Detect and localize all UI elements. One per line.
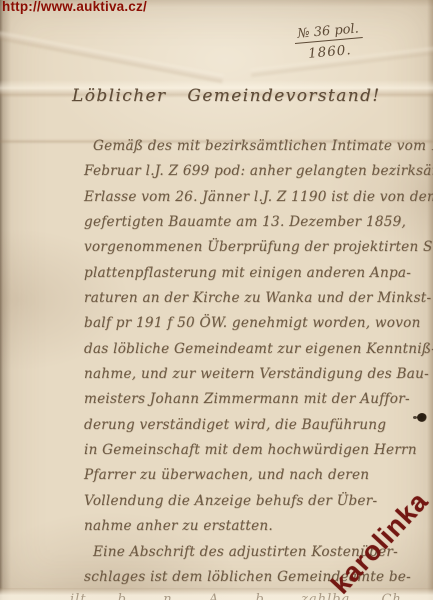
paper-crease [0,29,224,84]
letter-line: vorgenommenen Überprüfung der projektirt… [84,235,428,260]
letter-line: Pfarrer zu überwachen, und nach deren [84,463,428,488]
letter-year: 1860. [292,41,367,63]
letter-body: Gemäß des mit bezirksämtlichen Intimate … [84,134,428,590]
letter-line: Februar l.J. Z 699 pod: anher gelangten … [84,159,428,184]
reference-block: № 36 pol. 1860. [291,21,368,63]
letter-scan: http://www.auktiva.cz/ № 36 pol. 1860. L… [0,0,433,600]
auction-site-url-overlay: http://www.auktiva.cz/ [2,0,147,14]
letter-line: Vollendung die Anzeige behufs der Über- [84,489,428,514]
reference-number: № 36 pol. [294,21,363,44]
letter-line: derung verständiget wird, die Bauführung [84,413,428,438]
letter-line: nahme, und zur weitern Verständigung des… [84,362,428,387]
ink-blot [417,413,427,422]
letter-line: plattenpflasterung mit einigen anderen A… [84,261,428,286]
letter-line: gefertigten Bauamte am 13. Dezember 1859… [84,210,428,235]
letter-line: raturen an der Kirche zu Wanka und der M… [84,286,428,311]
letter-line: Gemäß des mit bezirksämtlichen Intimate … [84,134,428,159]
salutation: Löblicher Gemeindevorstand! [72,86,381,106]
letter-line: Erlasse vom 26. Jänner l.J. Z 1190 ist d… [84,185,428,210]
letter-line: in Gemeinschaft mit dem hochwürdigen Her… [84,438,428,463]
letter-line: meisters Johann Zimmermann mit der Auffo… [84,387,428,412]
letter-line: balf pr 191 f 50 ÖW. genehmigt worden, w… [84,311,428,336]
cut-off-last-line: ilt b. n. A. b. zahlba Ch. 200 i [70,592,430,600]
letter-line: das löbliche Gemeindeamt zur eigenen Ken… [84,337,428,362]
